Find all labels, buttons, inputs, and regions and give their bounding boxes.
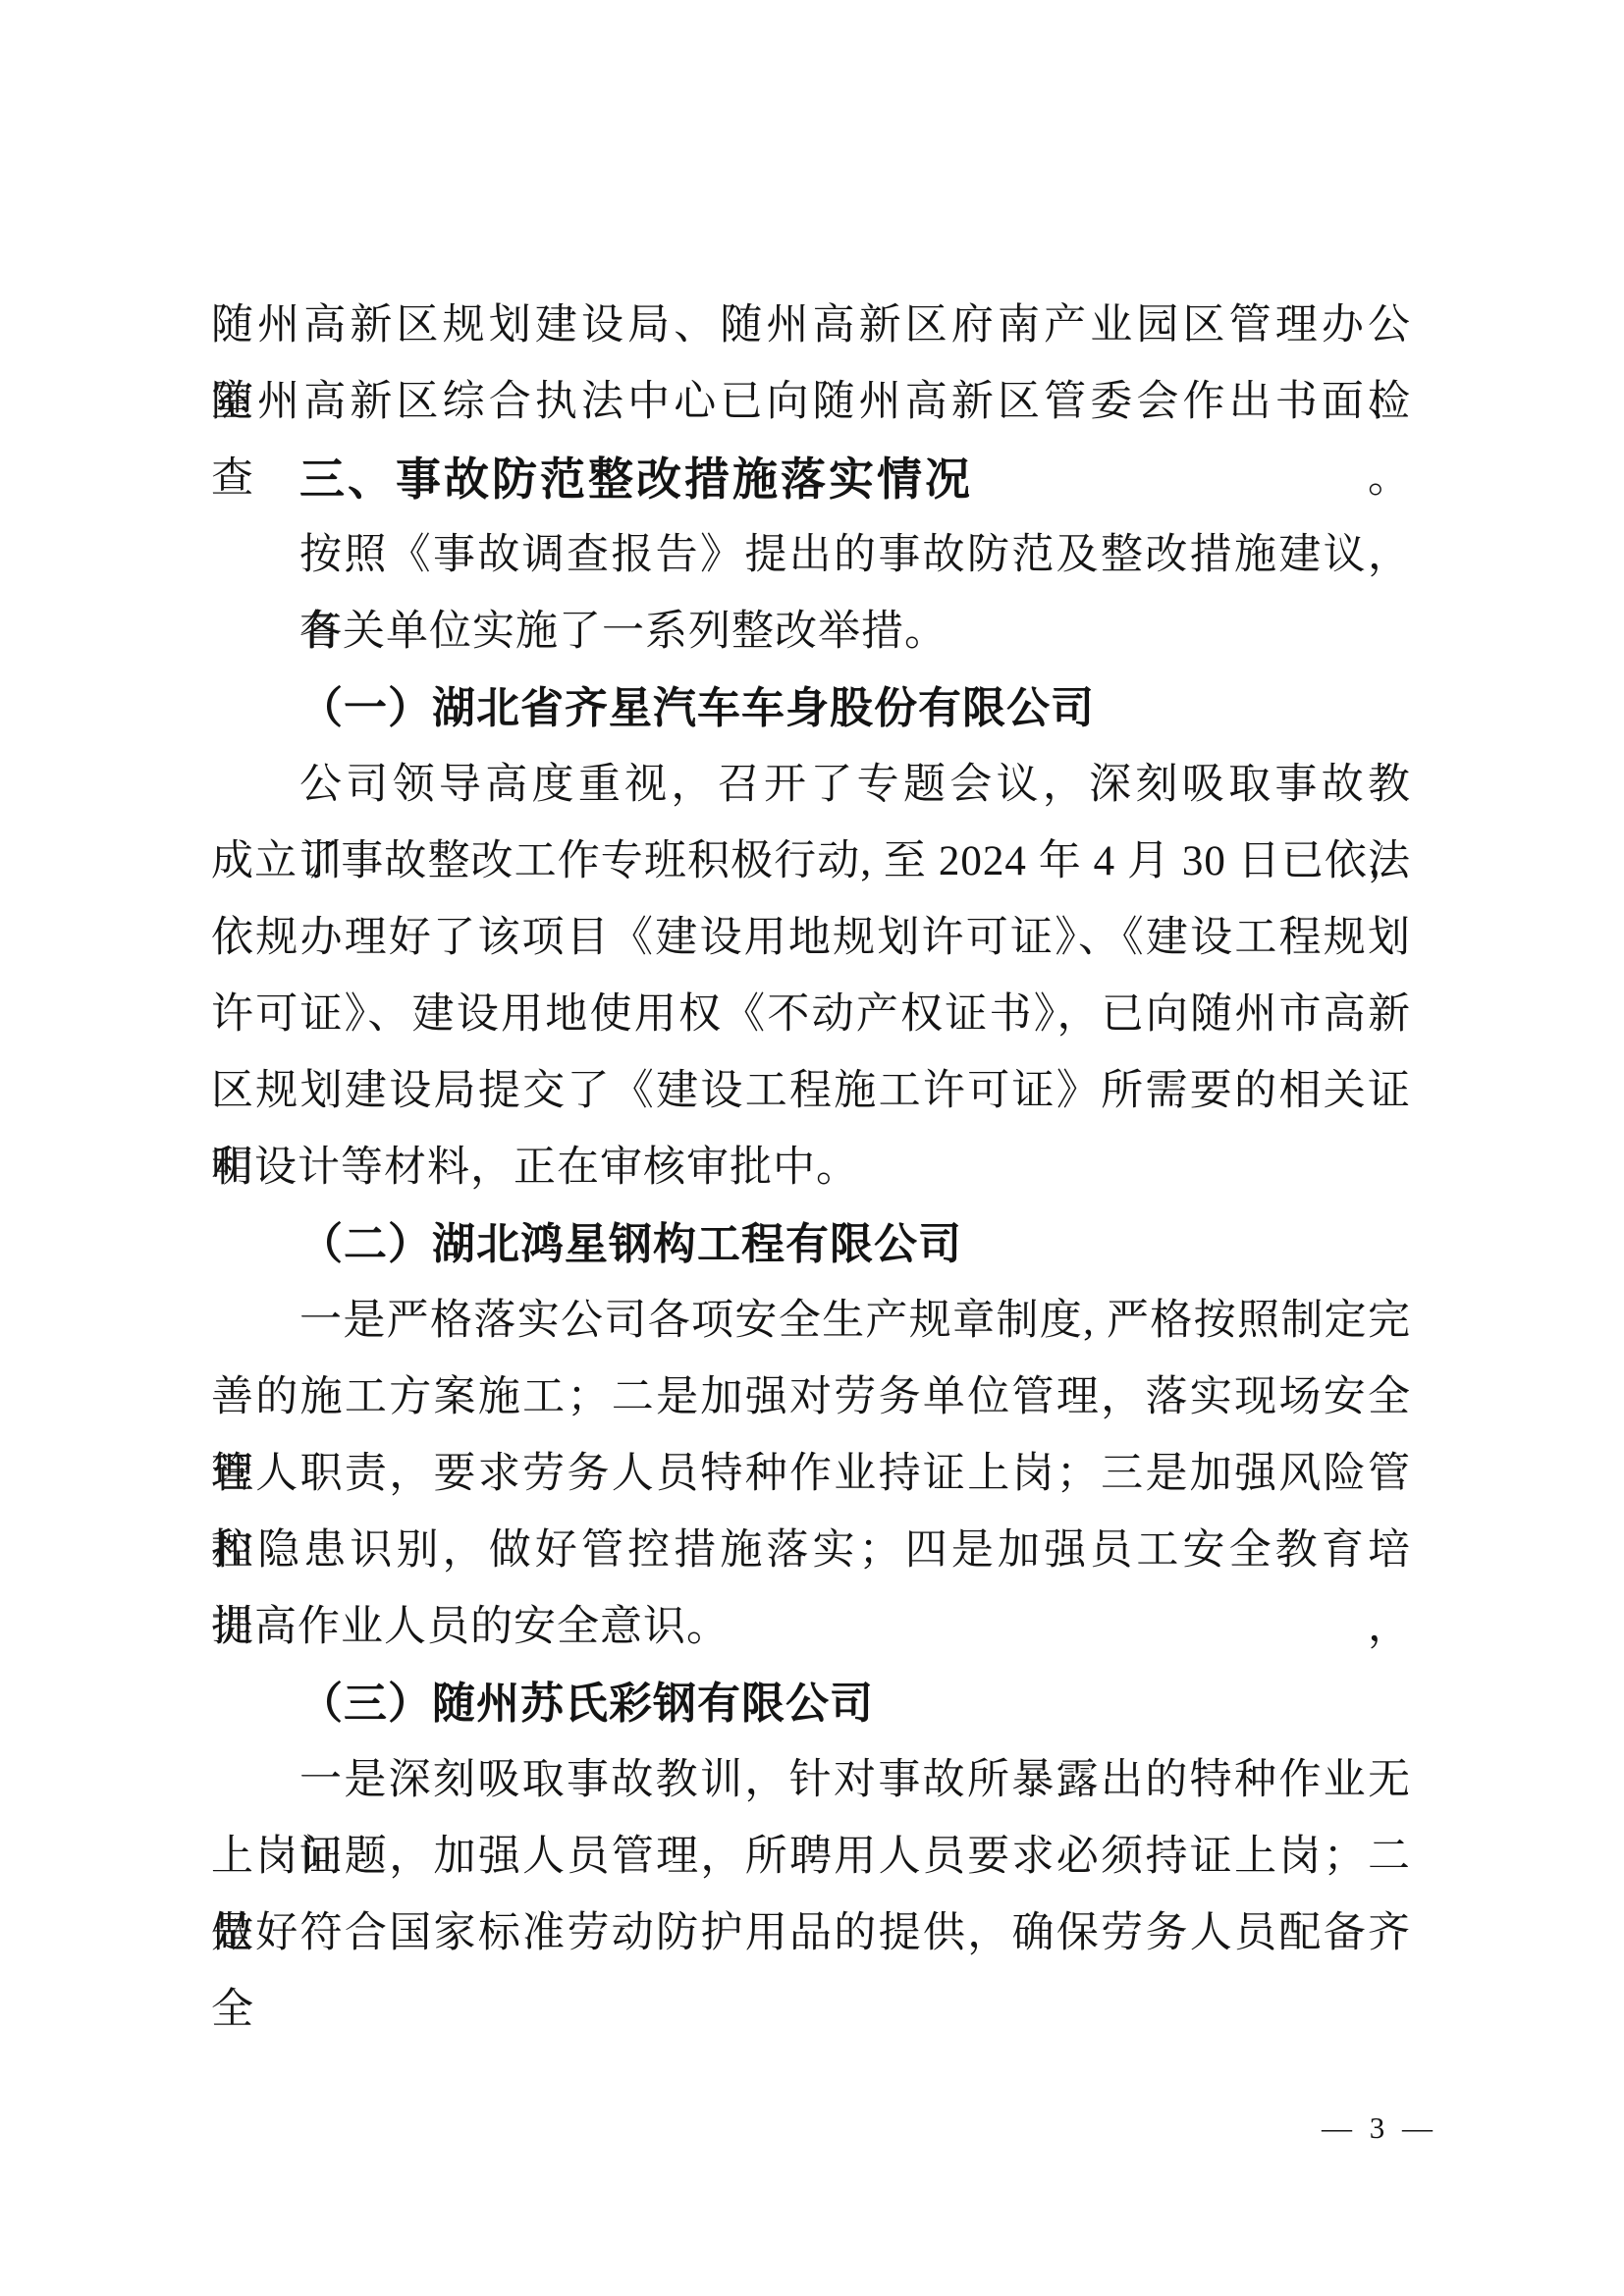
document-page: 随州高新区规划建设局、随州高新区府南产业园区管理办公室、随州高新区综合执法中心已… bbox=[0, 0, 1624, 2296]
text-line: 做好符合国家标准劳动防护用品的提供，确保劳务人员配备齐全 bbox=[211, 1896, 1411, 1972]
text-line: （一）湖北省齐星汽车车身股份有限公司 bbox=[211, 670, 1411, 747]
text-line: 随州高新区综合执法中心已向随州高新区管委会作出书面检查。 bbox=[211, 364, 1411, 441]
text-line: 善的施工方案施工；二是加强对劳务单位管理，落实现场安全管 bbox=[211, 1360, 1411, 1436]
text-line: 和隐患识别，做好管控措施落实；四是加强员工安全教育培训， bbox=[211, 1513, 1411, 1589]
text-line: 许可证》、建设用地使用权《不动产权证书》，已向随州市高新 bbox=[211, 977, 1411, 1053]
text-block: 随州高新区规划建设局、随州高新区府南产业园区管理办公室、随州高新区综合执法中心已… bbox=[211, 288, 1411, 1972]
text-line: 一是严格落实公司各项安全生产规章制度, 严格按照制定完 bbox=[211, 1283, 1411, 1360]
text-line: 区规划建设局提交了《建设工程施工许可证》所需要的相关证明 bbox=[211, 1053, 1411, 1130]
text-line: 按照《事故调查报告》提出的事故防范及整改措施建议，各 bbox=[211, 517, 1411, 594]
text-line: 依规办理好了该项目《建设用地规划许可证》、《建设工程规划 bbox=[211, 900, 1411, 977]
text-line: 一是深刻吸取事故教训，针对事故所暴露出的特种作业无证 bbox=[211, 1742, 1411, 1819]
text-line: 上岗问题，加强人员管理，所聘用人员要求必须持证上岗；二是 bbox=[211, 1819, 1411, 1896]
text-line: 公司领导高度重视，召开了专题会议，深刻吸取事故教训， bbox=[211, 747, 1411, 824]
text-line: 和设计等材料，正在审核审批中。 bbox=[211, 1130, 1411, 1206]
text-line: （三）随州苏氏彩钢有限公司 bbox=[211, 1666, 1411, 1742]
text-line: 理人职责，要求劳务人员特种作业持证上岗；三是加强风险管控 bbox=[211, 1436, 1411, 1513]
text-line: 有关单位实施了一系列整改举措。 bbox=[211, 594, 1411, 670]
text-line: 成立了事故整改工作专班积极行动, 至 2024 年 4 月 30 日已依法 bbox=[211, 824, 1411, 900]
text-line: （二）湖北鸿星钢构工程有限公司 bbox=[211, 1206, 1411, 1283]
text-line: 随州高新区规划建设局、随州高新区府南产业园区管理办公室、 bbox=[211, 288, 1411, 364]
page-number: — 3 — bbox=[1322, 2107, 1437, 2150]
